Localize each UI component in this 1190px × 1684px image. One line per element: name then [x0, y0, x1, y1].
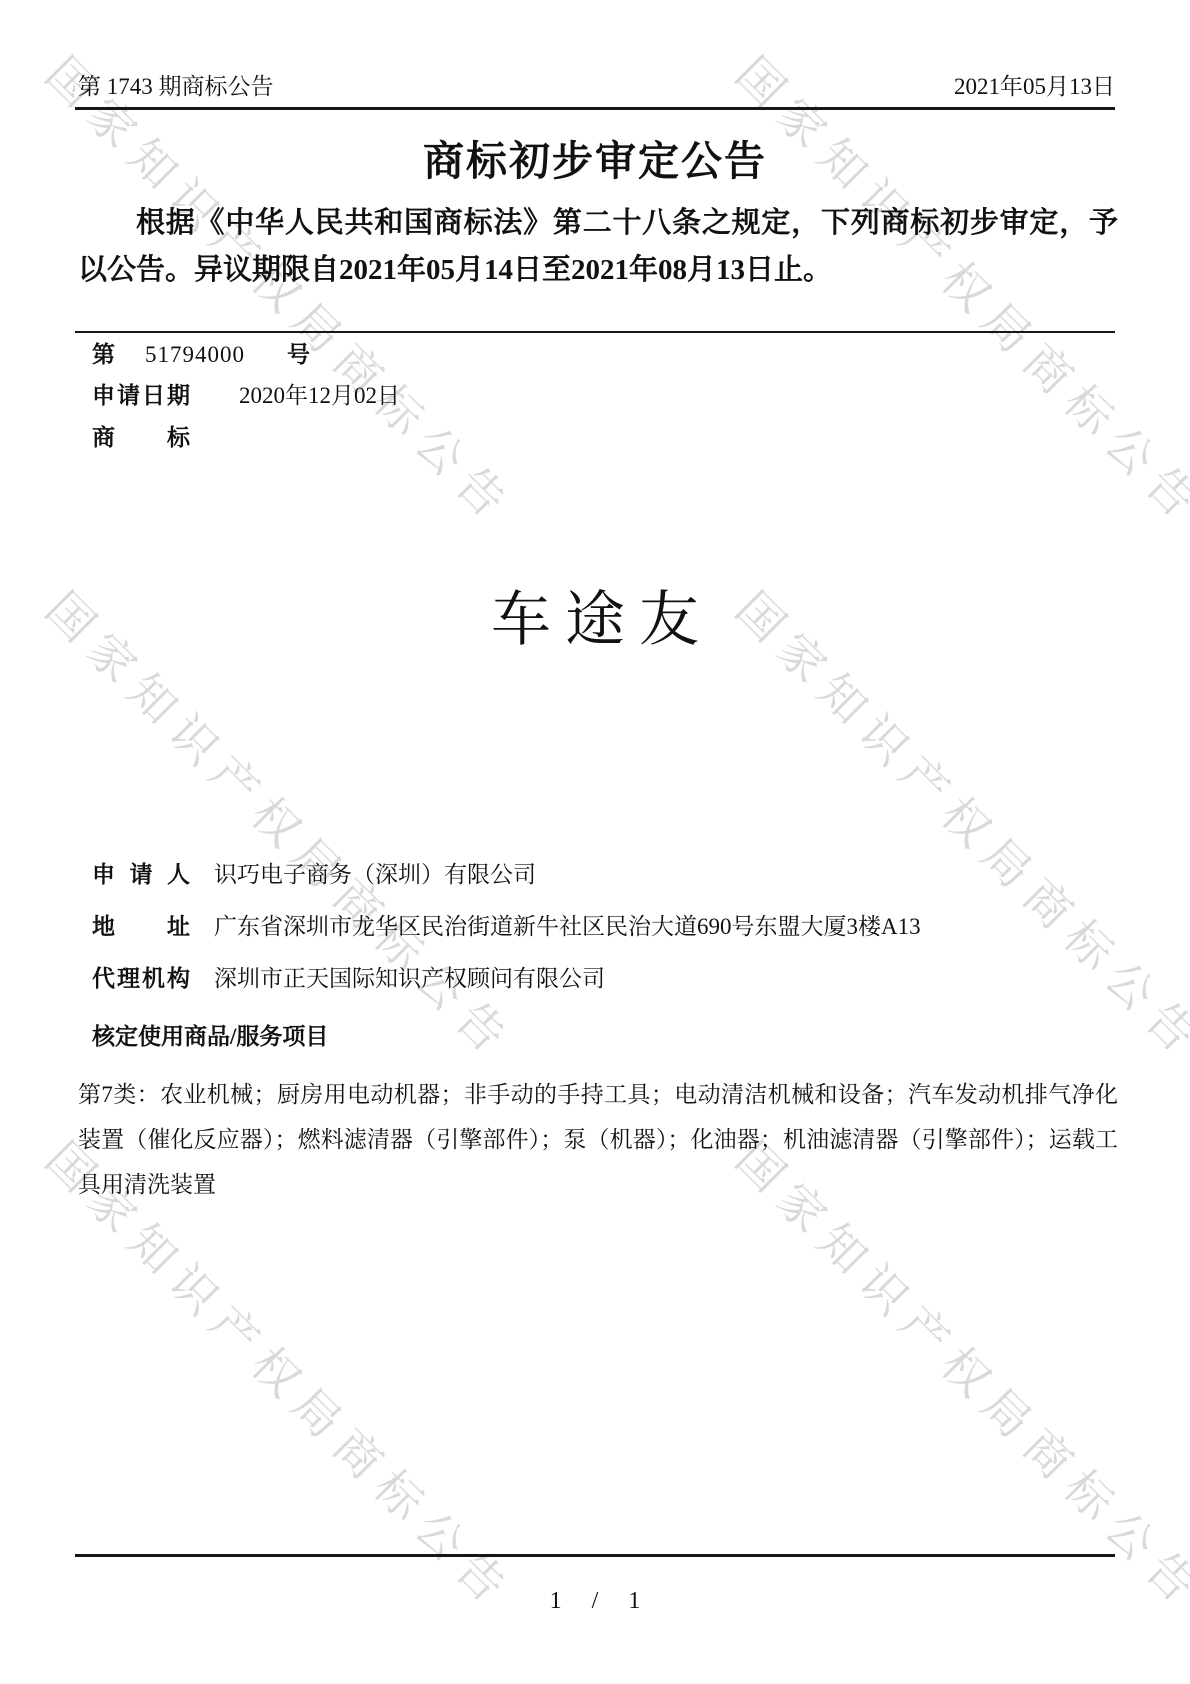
regno-suffix-label: 号 — [287, 336, 310, 369]
registration-number-row: 第 51794000 号 — [92, 336, 310, 369]
goods-services-list: 第7类：农业机械；厨房用电动机器；非手动的手持工具；电动清洁机械和设备；汽车发动… — [78, 1072, 1118, 1207]
trademark-label-row: 商标 — [92, 419, 190, 452]
address-value: 广东省深圳市龙华区民治街道新牛社区民治大道690号东盟大厦3楼A13 — [214, 908, 921, 941]
trademark-label: 商标 — [92, 419, 190, 452]
address-row: 地址 广东省深圳市龙华区民治街道新牛社区民治大道690号东盟大厦3楼A13 — [92, 908, 921, 941]
gazette-date: 2021年05月13日 — [954, 68, 1115, 101]
agent-value: 深圳市正天国际知识产权顾问有限公司 — [214, 960, 605, 993]
application-date-label: 申请日期 — [92, 377, 190, 410]
trademark-name: 车途友 — [0, 572, 1190, 658]
intro-paragraph: 根据《中华人民共和国商标法》第二十八条之规定，下列商标初步审定，予以公告。异议期… — [78, 200, 1118, 294]
document-title: 商标初步审定公告 — [0, 128, 1190, 187]
application-date-value: 2020年12月02日 — [239, 377, 400, 410]
address-label: 地址 — [92, 908, 190, 941]
page-number-separator: / — [592, 1588, 599, 1615]
section-divider — [75, 331, 1115, 333]
total-page-number: 1 — [628, 1588, 640, 1615]
applicant-value: 识巧电子商务（深圳）有限公司 — [214, 856, 536, 889]
registration-number: 51794000 — [145, 342, 245, 368]
page-number-footer: 1 / 1 — [0, 1588, 1190, 1615]
applicant-row: 申请人 识巧电子商务（深圳）有限公司 — [92, 856, 536, 889]
header-divider — [75, 107, 1115, 110]
regno-prefix-label: 第 — [92, 336, 115, 369]
gazette-issue-number: 第 1743 期商标公告 — [78, 68, 274, 101]
agent-label: 代理机构 — [92, 960, 190, 993]
footer-divider — [75, 1554, 1115, 1557]
current-page-number: 1 — [550, 1588, 562, 1615]
goods-services-heading: 核定使用商品/服务项目 — [92, 1018, 328, 1051]
page-header: 第 1743 期商标公告 2021年05月13日 — [78, 68, 1115, 101]
applicant-label: 申请人 — [92, 856, 190, 889]
agent-row: 代理机构 深圳市正天国际知识产权顾问有限公司 — [92, 960, 605, 993]
application-date-row: 申请日期 2020年12月02日 — [92, 377, 400, 410]
content-layer: 第 1743 期商标公告 2021年05月13日 商标初步审定公告 根据《中华人… — [0, 0, 1190, 1684]
document-page: 国家知识产权局商标公告 国家知识产权局商标公告 国家知识产权局商标公告 国家知识… — [0, 0, 1190, 1684]
